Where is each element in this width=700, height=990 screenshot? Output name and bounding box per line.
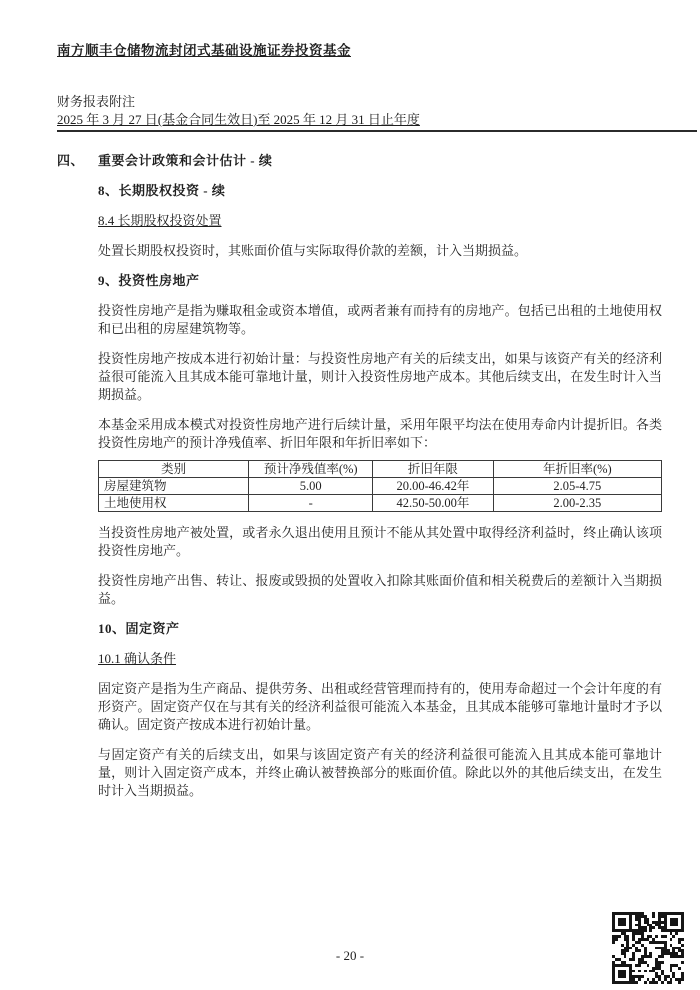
subsection-heading-9: 9、投资性房地产 (98, 272, 662, 290)
depreciation-table: 类别 预计净残值率(%) 折旧年限 年折旧率(%) 房屋建筑物 5.00 20.… (98, 460, 662, 512)
section-heading: 四、 重要会计政策和会计估计 - 续 (98, 152, 662, 170)
paragraph-fixed-asset-definition: 固定资产是指为生产商品、提供劳务、出租或经营管理而持有的，使用寿命超过一个会计年… (98, 680, 662, 734)
paragraph-investment-property-definition: 投资性房地产是指为赚取租金或资本增值，或两者兼有而持有的房地产。包括已出租的土地… (98, 302, 662, 338)
document-body: 四、 重要会计政策和会计估计 - 续 8、长期股权投资 - 续 8.4 长期股权… (98, 152, 662, 800)
period-line: 2025 年 3 月 27 日(基金合同生效日)至 2025 年 12 月 31… (57, 111, 697, 132)
table-cell: 房屋建筑物 (99, 478, 249, 495)
paragraph-disposal: 处置长期股权投资时，其账面价值与实际取得价款的差额，计入当期损益。 (98, 242, 662, 260)
paragraph-investment-property-depreciation: 本基金采用成本模式对投资性房地产进行后续计量，采用年限平均法在使用寿命内计提折旧… (98, 416, 662, 452)
paragraph-investment-property-measurement: 投资性房地产按成本进行初始计量：与投资性房地产有关的后续支出，如果与该资产有关的… (98, 350, 662, 404)
subsection-heading-8: 8、长期股权投资 - 续 (98, 182, 662, 200)
subsection-heading-8-4: 8.4 长期股权投资处置 (98, 212, 662, 230)
table-header-cell: 折旧年限 (373, 461, 493, 478)
subsection-heading-10-1: 10.1 确认条件 (98, 650, 662, 668)
table-header-row: 类别 预计净残值率(%) 折旧年限 年折旧率(%) (99, 461, 662, 478)
page-number: - 20 - (0, 948, 700, 964)
table-header-cell: 预计净残值率(%) (249, 461, 373, 478)
table-row: 土地使用权 - 42.50-50.00年 2.00-2.35 (99, 495, 662, 512)
subsection-heading-10: 10、固定资产 (98, 620, 662, 638)
section-title: 重要会计政策和会计估计 - 续 (98, 153, 272, 168)
paragraph-investment-property-derecognition: 当投资性房地产被处置，或者永久退出使用且预计不能从其处置中取得经济利益时，终止确… (98, 524, 662, 560)
section-number: 四、 (57, 152, 84, 170)
paragraph-fixed-asset-subsequent-expenditure: 与固定资产有关的后续支出，如果与该固定资产有关的经济利益很可能流入且其成本能可靠… (98, 746, 662, 800)
qr-code (612, 912, 684, 984)
table-cell: 土地使用权 (99, 495, 249, 512)
table-cell: 5.00 (249, 478, 373, 495)
table-cell: 2.05-4.75 (493, 478, 661, 495)
table-header-cell: 类别 (99, 461, 249, 478)
table-cell: - (249, 495, 373, 512)
table-cell: 42.50-50.00年 (373, 495, 493, 512)
table-header-cell: 年折旧率(%) (493, 461, 661, 478)
fund-title: 南方顺丰仓储物流封闭式基础设施证券投资基金 (57, 42, 700, 60)
period-text: 2025 年 3 月 27 日(基金合同生效日)至 2025 年 12 月 31… (57, 112, 420, 127)
table-cell: 2.00-2.35 (493, 495, 661, 512)
report-title: 财务报表附注 (57, 93, 700, 111)
table-row: 房屋建筑物 5.00 20.00-46.42年 2.05-4.75 (99, 478, 662, 495)
document-header: 南方顺丰仓储物流封闭式基础设施证券投资基金 财务报表附注 2025 年 3 月 … (0, 0, 700, 132)
paragraph-investment-property-disposal-income: 投资性房地产出售、转让、报废或毁损的处置收入扣除其账面价值和相关税费后的差额计入… (98, 572, 662, 608)
document-page: 南方顺丰仓储物流封闭式基础设施证券投资基金 财务报表附注 2025 年 3 月 … (0, 0, 700, 990)
table-cell: 20.00-46.42年 (373, 478, 493, 495)
